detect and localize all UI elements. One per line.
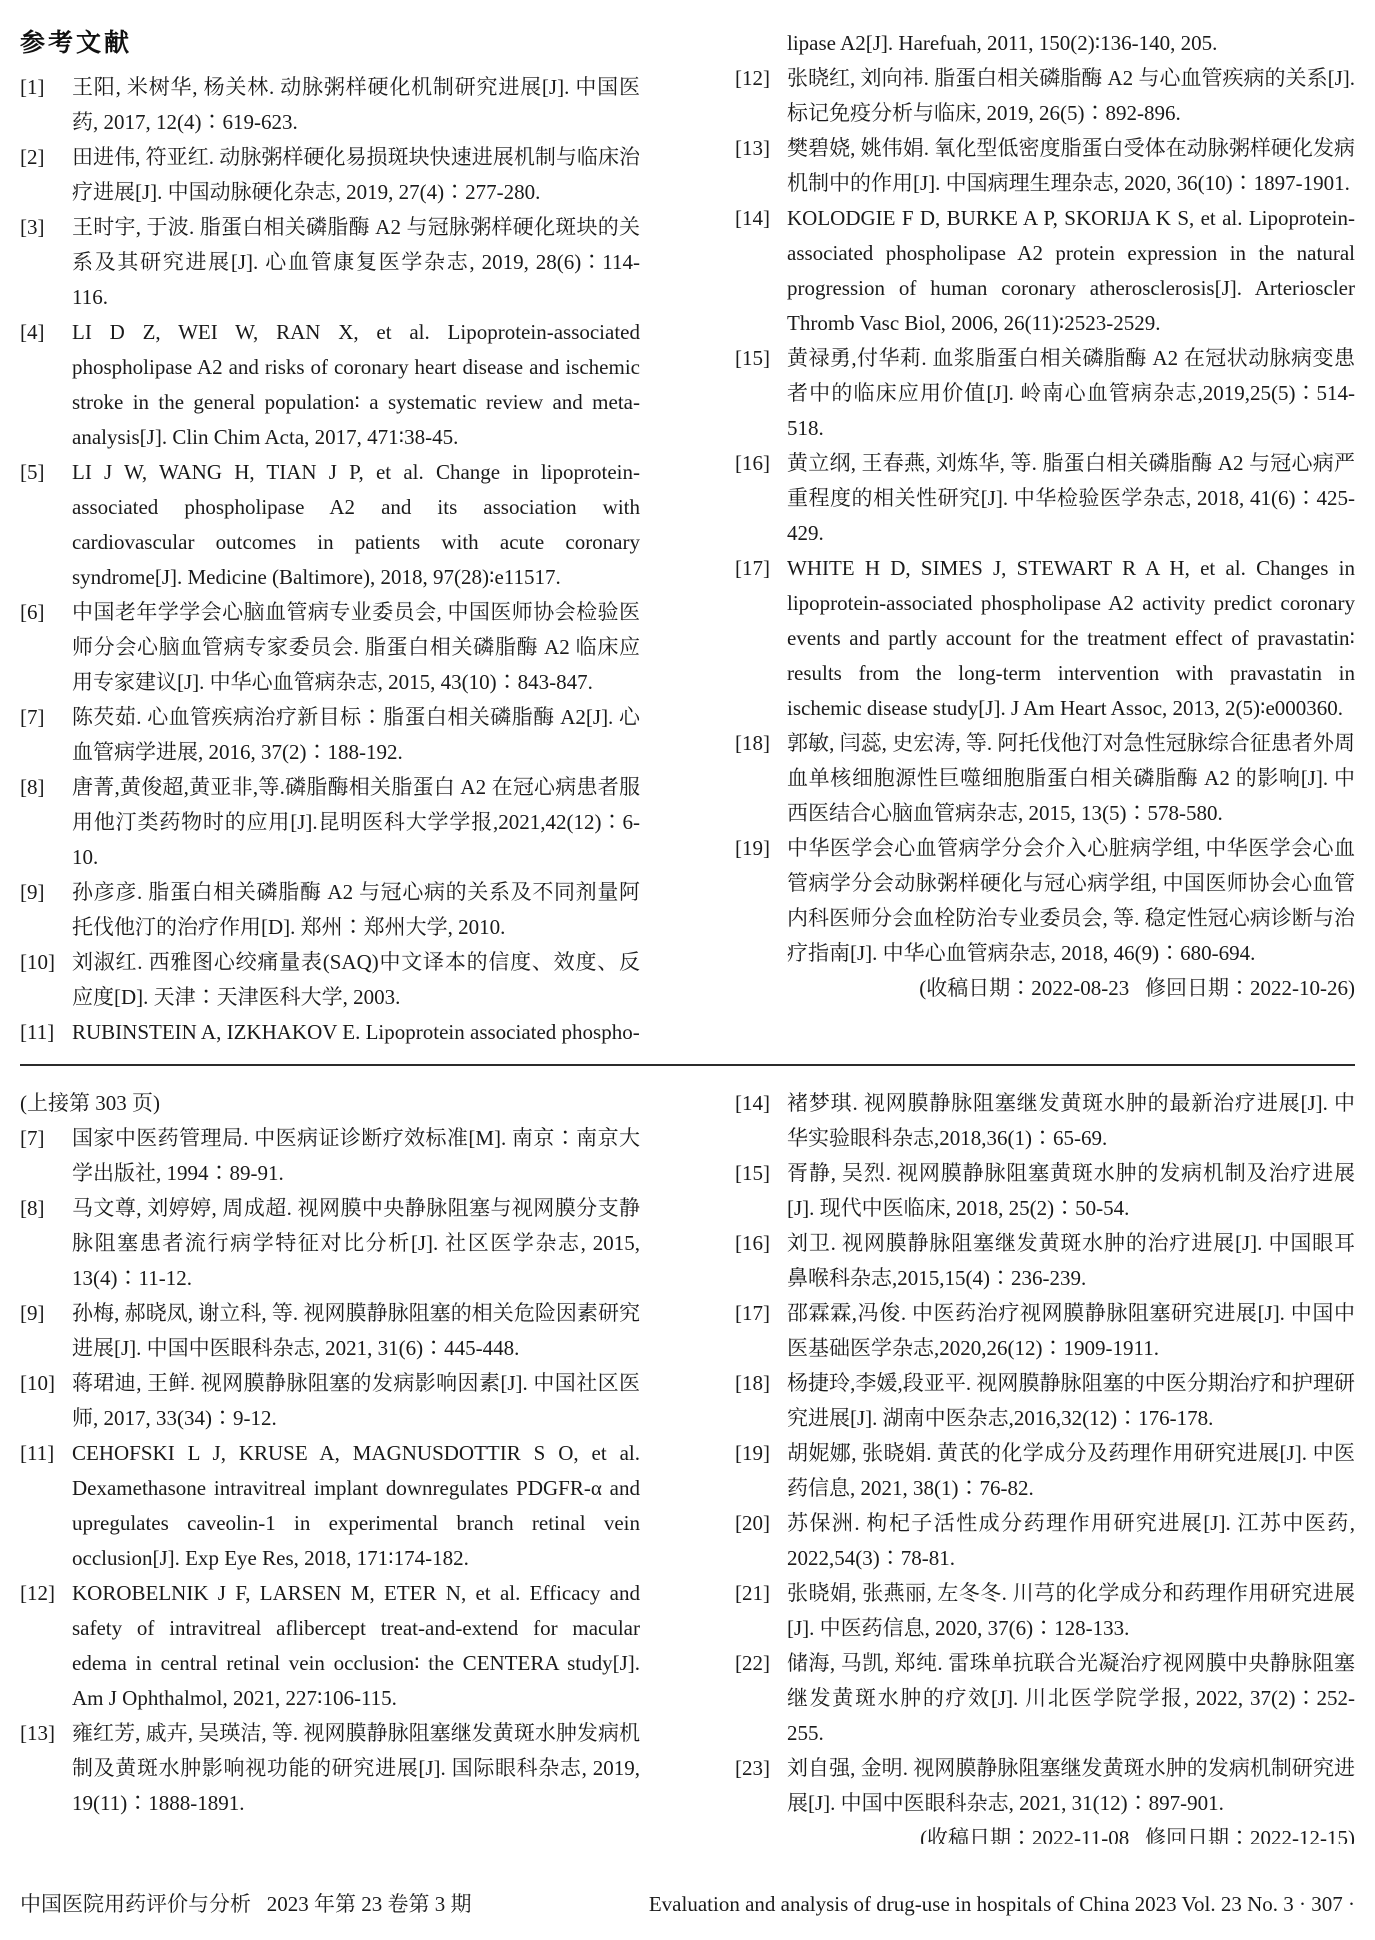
reference-number: [14] — [735, 1086, 770, 1121]
reference-item: [10] 刘淑红. 西雅图心绞痛量表(SAQ)中文译本的信度、效度、反应度[D]… — [20, 945, 640, 1015]
section1-left-column: 参考文献 [1] 王阳, 米树华, 杨关林. 动脉粥样硬化机制研究进展[J]. … — [20, 26, 640, 1048]
reference-item: [12] 张晓红, 刘向祎. 脂蛋白相关磷脂酶 A2 与心血管疾病的关系[J].… — [735, 61, 1355, 131]
reference-number: [17] — [735, 1296, 770, 1331]
reference-list-2-left: [7] 国家中医药管理局. 中医病证诊断疗效标准[M]. 南京∶南京大学出版社,… — [20, 1121, 640, 1821]
reference-list-1-left: [1] 王阳, 米树华, 杨关林. 动脉粥样硬化机制研究进展[J]. 中国医药,… — [20, 70, 640, 1048]
reference-text: 杨捷玲,李媛,段亚平. 视网膜静脉阻塞的中医分期治疗和护理研究进展[J]. 湖南… — [787, 1371, 1355, 1430]
reference-number: [7] — [20, 700, 45, 735]
reference-number: [19] — [735, 1436, 770, 1471]
section2-left-column: (上接第 303 页) [7] 国家中医药管理局. 中医病证诊断疗效标准[M].… — [20, 1086, 640, 1844]
reference-text: 樊碧娆, 姚伟娟. 氧化型低密度脂蛋白受体在动脉粥样硬化发病机制中的作用[J].… — [787, 136, 1355, 195]
reference-item: [12] KOROBELNIK J F, LARSEN M, ETER N, e… — [20, 1576, 640, 1716]
reference-number: [9] — [20, 1296, 45, 1331]
reference-item: [11] CEHOFSKI L J, KRUSE A, MAGNUSDOTTIR… — [20, 1436, 640, 1576]
reference-text: 孙彦彦. 脂蛋白相关磷脂酶 A2 与冠心病的关系及不同剂量阿托伐他汀的治疗作用[… — [72, 880, 640, 939]
received-revised-dates-2: (收稿日期∶2022-11-08 修回日期∶2022-12-15) — [735, 1821, 1355, 1844]
reference-text: LI J W, WANG H, TIAN J P, et al. Change … — [72, 460, 640, 589]
reference-continuation-text: lipase A2[J]. Harefuah, 2011, 150(2)∶136… — [787, 31, 1217, 55]
reference-text: 胡妮娜, 张晓娟. 黄芪的化学成分及药理作用研究进展[J]. 中医药信息, 20… — [787, 1441, 1355, 1500]
reference-item: [23] 刘自强, 金明. 视网膜静脉阻塞继发黄斑水肿的发病机制研究进展[J].… — [735, 1751, 1355, 1821]
reference-number: [8] — [20, 1191, 45, 1226]
reference-number: [16] — [735, 1226, 770, 1261]
reference-text: 国家中医药管理局. 中医病证诊断疗效标准[M]. 南京∶南京大学出版社, 199… — [72, 1126, 640, 1185]
reference-number: [22] — [735, 1646, 770, 1681]
reference-item: [7] 陈芡茹. 心血管疾病治疗新目标∶脂蛋白相关磷脂酶 A2[J]. 心血管病… — [20, 700, 640, 770]
reference-continuation: lipase A2[J]. Harefuah, 2011, 150(2)∶136… — [735, 26, 1355, 61]
received-revised-dates-1: (收稿日期∶2022-08-23 修回日期∶2022-10-26) — [735, 971, 1355, 1006]
reference-item: [16] 刘卫. 视网膜静脉阻塞继发黄斑水肿的治疗进展[J]. 中国眼耳鼻喉科杂… — [735, 1226, 1355, 1296]
reference-item: [14] 褚梦琪. 视网膜静脉阻塞继发黄斑水肿的最新治疗进展[J]. 中华实验眼… — [735, 1086, 1355, 1156]
reference-text: 郭敏, 闫蕊, 史宏涛, 等. 阿托伐他汀对急性冠脉综合征患者外周血单核细胞源性… — [787, 731, 1355, 825]
reference-item: [8] 唐菁,黄俊超,黄亚非,等.磷脂酶相关脂蛋白 A2 在冠心病患者服用他汀类… — [20, 770, 640, 875]
reference-text: 蒋珺迪, 王鲜. 视网膜静脉阻塞的发病影响因素[J]. 中国社区医师, 2017… — [72, 1371, 640, 1430]
reference-item: [19] 胡妮娜, 张晓娟. 黄芪的化学成分及药理作用研究进展[J]. 中医药信… — [735, 1436, 1355, 1506]
reference-number: [18] — [735, 1366, 770, 1401]
reference-number: [13] — [735, 131, 770, 166]
reference-text: 中国老年学学会心脑血管病专业委员会, 中国医师协会检验医师分会心脑血管病专家委员… — [72, 600, 640, 694]
reference-number: [20] — [735, 1506, 770, 1541]
reference-number: [21] — [735, 1576, 770, 1611]
reference-text: 陈芡茹. 心血管疾病治疗新目标∶脂蛋白相关磷脂酶 A2[J]. 心血管病学进展,… — [72, 705, 640, 764]
reference-item: [11] RUBINSTEIN A, IZKHAKOV E. Lipoprote… — [20, 1015, 640, 1048]
reference-number: [12] — [735, 61, 770, 96]
reference-text: 黄禄勇,付华莉. 血浆脂蛋白相关磷脂酶 A2 在冠状动脉病变患者中的临床应用价值… — [787, 346, 1355, 440]
reference-item: [22] 储海, 马凯, 郑纯. 雷珠单抗联合光凝治疗视网膜中央静脉阻塞继发黄斑… — [735, 1646, 1355, 1751]
reference-list-1-right: [12] 张晓红, 刘向祎. 脂蛋白相关磷脂酶 A2 与心血管疾病的关系[J].… — [735, 61, 1355, 971]
reference-number: [11] — [20, 1015, 54, 1048]
reference-number: [6] — [20, 595, 45, 630]
reference-number: [16] — [735, 446, 770, 481]
reference-text: 田进伟, 符亚红. 动脉粥样硬化易损斑块快速进展机制与临床治疗进展[J]. 中国… — [72, 145, 640, 204]
reference-number: [10] — [20, 945, 55, 980]
reference-text: LI D Z, WEI W, RAN X, et al. Lipoprotein… — [72, 320, 640, 449]
journal-title-english-page-number: Evaluation and analysis of drug-use in h… — [649, 1891, 1355, 1918]
reference-number: [12] — [20, 1576, 55, 1611]
reference-text: WHITE H D, SIMES J, STEWART R A H, et al… — [787, 556, 1355, 720]
reference-text: 邵霖霖,冯俊. 中医药治疗视网膜静脉阻塞研究进展[J]. 中国中医基础医学杂志,… — [787, 1301, 1355, 1360]
reference-item: [6] 中国老年学学会心脑血管病专业委员会, 中国医师协会检验医师分会心脑血管病… — [20, 595, 640, 700]
references-section-1: 参考文献 [1] 王阳, 米树华, 杨关林. 动脉粥样硬化机制研究进展[J]. … — [20, 26, 1355, 1048]
reference-item: [7] 国家中医药管理局. 中医病证诊断疗效标准[M]. 南京∶南京大学出版社,… — [20, 1121, 640, 1191]
reference-text: CEHOFSKI L J, KRUSE A, MAGNUSDOTTIR S O,… — [72, 1441, 640, 1570]
reference-number: [2] — [20, 140, 45, 175]
page-footer: 中国医院用药评价与分析 2023 年第 23 卷第 3 期 Evaluation… — [20, 1891, 1355, 1918]
reference-item: [15] 黄禄勇,付华莉. 血浆脂蛋白相关磷脂酶 A2 在冠状动脉病变患者中的临… — [735, 341, 1355, 446]
references-section-2: (上接第 303 页) [7] 国家中医药管理局. 中医病证诊断疗效标准[M].… — [20, 1086, 1355, 1844]
reference-text: 唐菁,黄俊超,黄亚非,等.磷脂酶相关脂蛋白 A2 在冠心病患者服用他汀类药物时的… — [72, 775, 640, 869]
reference-text: 雍红芳, 戚卉, 吴瑛洁, 等. 视网膜静脉阻塞继发黄斑水肿发病机制及黄斑水肿影… — [72, 1721, 640, 1815]
journal-title-chinese: 中国医院用药评价与分析 2023 年第 23 卷第 3 期 — [20, 1891, 472, 1918]
reference-number: [18] — [735, 726, 770, 761]
reference-number: [8] — [20, 770, 45, 805]
reference-item: [13] 樊碧娆, 姚伟娟. 氧化型低密度脂蛋白受体在动脉粥样硬化发病机制中的作… — [735, 131, 1355, 201]
reference-number: [13] — [20, 1716, 55, 1751]
reference-item: [20] 苏保洲. 枸杞子活性成分药理作用研究进展[J]. 江苏中医药, 202… — [735, 1506, 1355, 1576]
reference-item: [1] 王阳, 米树华, 杨关林. 动脉粥样硬化机制研究进展[J]. 中国医药,… — [20, 70, 640, 140]
reference-number: [3] — [20, 210, 45, 245]
reference-item: [18] 郭敏, 闫蕊, 史宏涛, 等. 阿托伐他汀对急性冠脉综合征患者外周血单… — [735, 726, 1355, 831]
reference-number: [5] — [20, 455, 45, 490]
reference-number: [23] — [735, 1751, 770, 1786]
reference-text: 刘卫. 视网膜静脉阻塞继发黄斑水肿的治疗进展[J]. 中国眼耳鼻喉科杂志,201… — [787, 1231, 1355, 1290]
reference-text: 王时宇, 于波. 脂蛋白相关磷脂酶 A2 与冠脉粥样硬化斑块的关系及其研究进展[… — [72, 215, 640, 309]
reference-number: [10] — [20, 1366, 55, 1401]
section1-right-column: lipase A2[J]. Harefuah, 2011, 150(2)∶136… — [735, 26, 1355, 1048]
reference-item: [2] 田进伟, 符亚红. 动脉粥样硬化易损斑块快速进展机制与临床治疗进展[J]… — [20, 140, 640, 210]
reference-item: [4] LI D Z, WEI W, RAN X, et al. Lipopro… — [20, 315, 640, 455]
reference-text: 刘淑红. 西雅图心绞痛量表(SAQ)中文译本的信度、效度、反应度[D]. 天津∶… — [72, 950, 640, 1009]
reference-text: 褚梦琪. 视网膜静脉阻塞继发黄斑水肿的最新治疗进展[J]. 中华实验眼科杂志,2… — [787, 1091, 1355, 1150]
reference-number: [11] — [20, 1436, 54, 1471]
reference-item: [9] 孙梅, 郝晓凤, 谢立科, 等. 视网膜静脉阻塞的相关危险因素研究进展[… — [20, 1296, 640, 1366]
reference-number: [14] — [735, 201, 770, 236]
reference-item: [13] 雍红芳, 戚卉, 吴瑛洁, 等. 视网膜静脉阻塞继发黄斑水肿发病机制及… — [20, 1716, 640, 1821]
reference-text: 胥静, 吴烈. 视网膜静脉阻塞黄斑水肿的发病机制及治疗进展[J]. 现代中医临床… — [787, 1161, 1355, 1220]
reference-item: [3] 王时宇, 于波. 脂蛋白相关磷脂酶 A2 与冠脉粥样硬化斑块的关系及其研… — [20, 210, 640, 315]
reference-text: 储海, 马凯, 郑纯. 雷珠单抗联合光凝治疗视网膜中央静脉阻塞继发黄斑水肿的疗效… — [787, 1651, 1355, 1745]
reference-item: [10] 蒋珺迪, 王鲜. 视网膜静脉阻塞的发病影响因素[J]. 中国社区医师,… — [20, 1366, 640, 1436]
reference-item: [14] KOLODGIE F D, BURKE A P, SKORIJA K … — [735, 201, 1355, 341]
reference-text: 刘自强, 金明. 视网膜静脉阻塞继发黄斑水肿的发病机制研究进展[J]. 中国中医… — [787, 1756, 1355, 1815]
reference-item: [18] 杨捷玲,李媛,段亚平. 视网膜静脉阻塞的中医分期治疗和护理研究进展[J… — [735, 1366, 1355, 1436]
references-heading: 参考文献 — [20, 26, 640, 60]
reference-text: 马文尊, 刘婷婷, 周成超. 视网膜中央静脉阻塞与视网膜分支静脉阻塞患者流行病学… — [72, 1196, 640, 1290]
reference-item: [8] 马文尊, 刘婷婷, 周成超. 视网膜中央静脉阻塞与视网膜分支静脉阻塞患者… — [20, 1191, 640, 1296]
reference-text: RUBINSTEIN A, IZKHAKOV E. Lipoprotein as… — [72, 1020, 640, 1044]
reference-list-2-right: [14] 褚梦琪. 视网膜静脉阻塞继发黄斑水肿的最新治疗进展[J]. 中华实验眼… — [735, 1086, 1355, 1821]
reference-text: 孙梅, 郝晓凤, 谢立科, 等. 视网膜静脉阻塞的相关危险因素研究进展[J]. … — [72, 1301, 640, 1360]
reference-item: [15] 胥静, 吴烈. 视网膜静脉阻塞黄斑水肿的发病机制及治疗进展[J]. 现… — [735, 1156, 1355, 1226]
reference-text: KOROBELNIK J F, LARSEN M, ETER N, et al.… — [72, 1581, 640, 1710]
reference-text: 黄立纲, 王春燕, 刘炼华, 等. 脂蛋白相关磷脂酶 A2 与冠心病严重程度的相… — [787, 451, 1355, 545]
reference-number: [7] — [20, 1121, 45, 1156]
reference-text: 王阳, 米树华, 杨关林. 动脉粥样硬化机制研究进展[J]. 中国医药, 201… — [72, 75, 640, 134]
reference-item: [17] WHITE H D, SIMES J, STEWART R A H, … — [735, 551, 1355, 726]
reference-item: [16] 黄立纲, 王春燕, 刘炼华, 等. 脂蛋白相关磷脂酶 A2 与冠心病严… — [735, 446, 1355, 551]
reference-number: [1] — [20, 70, 45, 105]
section2-right-column: [14] 褚梦琪. 视网膜静脉阻塞继发黄斑水肿的最新治疗进展[J]. 中华实验眼… — [735, 1086, 1355, 1844]
reference-item: [17] 邵霖霖,冯俊. 中医药治疗视网膜静脉阻塞研究进展[J]. 中国中医基础… — [735, 1296, 1355, 1366]
reference-number: [17] — [735, 551, 770, 586]
reference-item: [21] 张晓娟, 张燕丽, 左冬冬. 川芎的化学成分和药理作用研究进展[J].… — [735, 1576, 1355, 1646]
reference-number: [19] — [735, 831, 770, 866]
reference-number: [15] — [735, 1156, 770, 1191]
journal-references-page: 参考文献 [1] 王阳, 米树华, 杨关林. 动脉粥样硬化机制研究进展[J]. … — [0, 0, 1375, 1940]
reference-item: [5] LI J W, WANG H, TIAN J P, et al. Cha… — [20, 455, 640, 595]
reference-item: [9] 孙彦彦. 脂蛋白相关磷脂酶 A2 与冠心病的关系及不同剂量阿托伐他汀的治… — [20, 875, 640, 945]
reference-text: 中华医学会心血管病学分会介入心脏病学组, 中华医学会心血管病学分会动脉粥样硬化与… — [787, 836, 1355, 965]
reference-text: 苏保洲. 枸杞子活性成分药理作用研究进展[J]. 江苏中医药, 2022,54(… — [787, 1511, 1355, 1570]
reference-number: [15] — [735, 341, 770, 376]
reference-number: [4] — [20, 315, 45, 350]
reference-text: 张晓娟, 张燕丽, 左冬冬. 川芎的化学成分和药理作用研究进展[J]. 中医药信… — [787, 1581, 1355, 1640]
reference-number: [9] — [20, 875, 45, 910]
reference-text: KOLODGIE F D, BURKE A P, SKORIJA K S, et… — [787, 206, 1355, 335]
reference-item: [19] 中华医学会心血管病学分会介入心脏病学组, 中华医学会心血管病学分会动脉… — [735, 831, 1355, 971]
reference-text: 张晓红, 刘向祎. 脂蛋白相关磷脂酶 A2 与心血管疾病的关系[J]. 标记免疫… — [787, 66, 1355, 125]
continued-from-page-note: (上接第 303 页) — [20, 1086, 640, 1121]
section-divider-rule — [20, 1064, 1355, 1066]
